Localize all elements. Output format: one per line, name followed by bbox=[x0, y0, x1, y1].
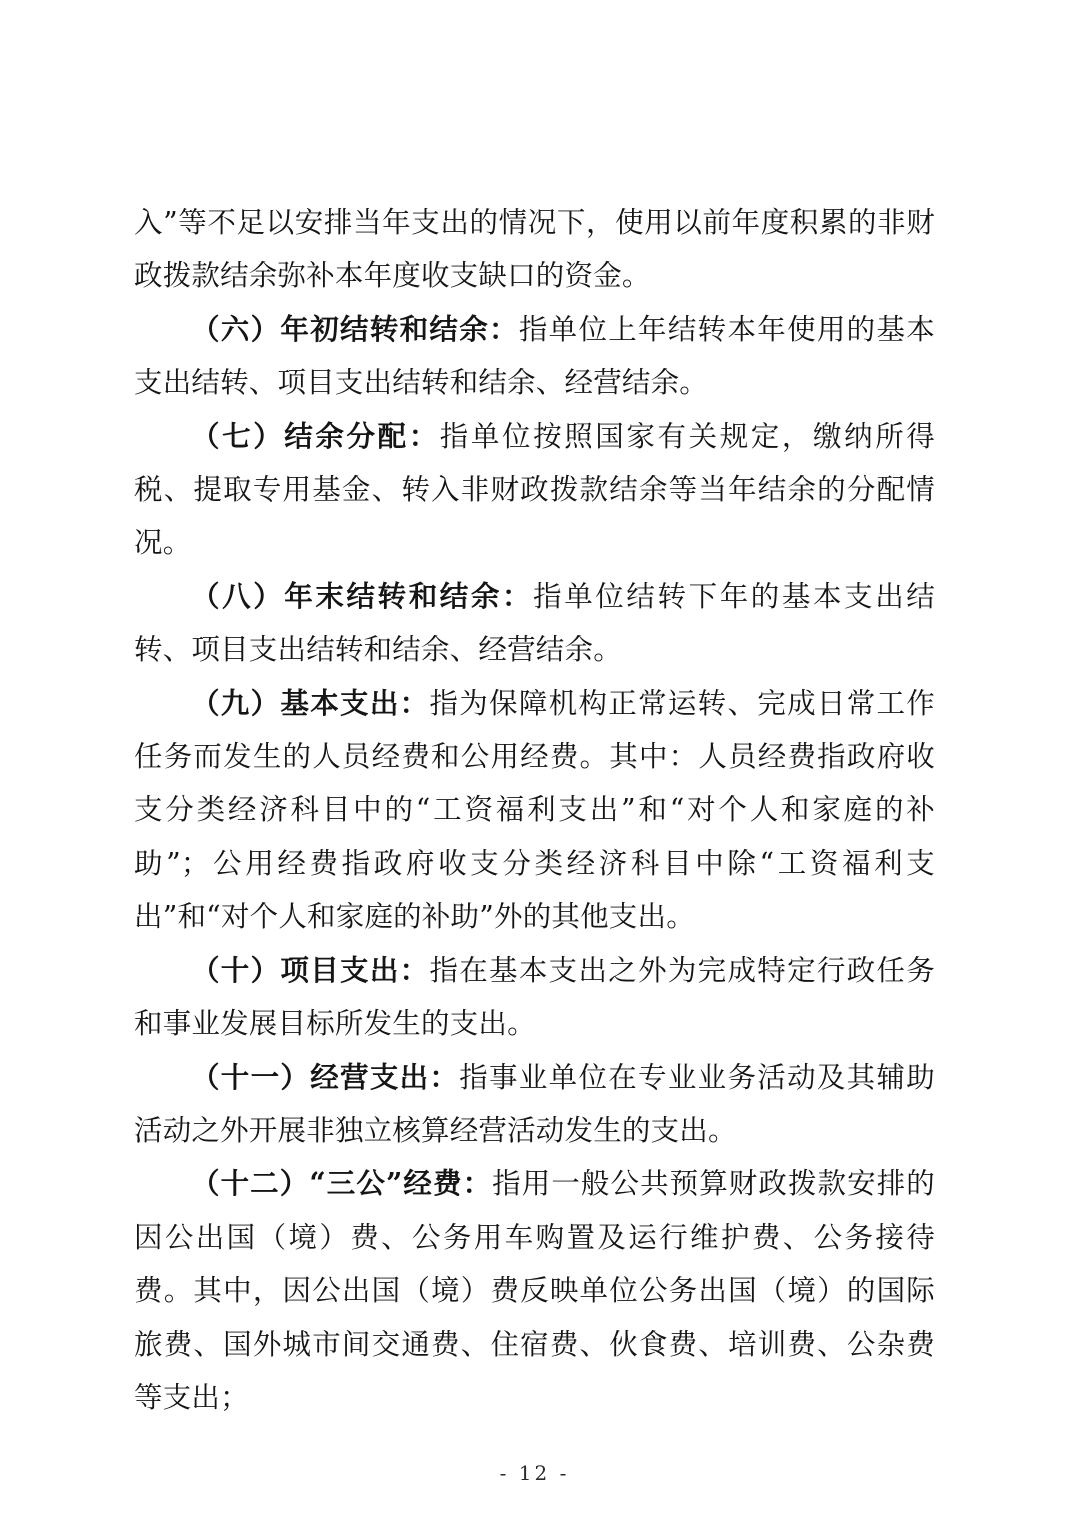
document-page: 入”等不足以安排当年支出的情况下，使用以前年度积累的非财政拨款结余弥补本年度收支… bbox=[0, 0, 1069, 1515]
paragraph-item-8: （八）年末结转和结余：指单位结转下年的基本支出结转、项目支出结转和结余、经营结余… bbox=[134, 570, 935, 677]
paragraph-lead: （十）项目支出： bbox=[191, 953, 429, 987]
document-body: 入”等不足以安排当年支出的情况下，使用以前年度积累的非财政拨款结余弥补本年度收支… bbox=[134, 196, 935, 1424]
paragraph-continuation: 入”等不足以安排当年支出的情况下，使用以前年度积累的非财政拨款结余弥补本年度收支… bbox=[134, 196, 935, 303]
paragraph-item-6: （六）年初结转和结余：指单位上年结转本年使用的基本支出结转、项目支出结转和结余、… bbox=[134, 303, 935, 410]
paragraph-text: 指用一般公共预算财政拨款安排的因公出国（境）费、公务用车购置及运行维护费、公务接… bbox=[134, 1167, 935, 1414]
paragraph-lead: （十一）经营支出： bbox=[191, 1060, 459, 1094]
paragraph-lead: （九）基本支出： bbox=[191, 686, 429, 720]
paragraph-item-11: （十一）经营支出：指事业单位在专业业务活动及其辅助活动之外开展非独立核算经营活动… bbox=[134, 1051, 935, 1158]
paragraph-lead: （七）结余分配： bbox=[191, 419, 440, 453]
paragraph-item-10: （十）项目支出：指在基本支出之外为完成特定行政任务和事业发展目标所发生的支出。 bbox=[134, 944, 935, 1051]
paragraph-item-9: （九）基本支出：指为保障机构正常运转、完成日常工作任务而发生的人员经费和公用经费… bbox=[134, 677, 935, 944]
paragraph-text: 入”等不足以安排当年支出的情况下，使用以前年度积累的非财政拨款结余弥补本年度收支… bbox=[134, 206, 935, 292]
paragraph-lead: （六）年初结转和结余： bbox=[191, 312, 519, 346]
paragraph-lead: （十二）“三公”经费： bbox=[191, 1166, 492, 1200]
paragraph-item-12: （十二）“三公”经费：指用一般公共预算财政拨款安排的因公出国（境）费、公务用车购… bbox=[134, 1157, 935, 1424]
paragraph-lead: （八）年末结转和结余： bbox=[191, 579, 533, 613]
paragraph-text: 指为保障机构正常运转、完成日常工作任务而发生的人员经费和公用经费。其中：人员经费… bbox=[134, 687, 935, 934]
paragraph-item-7: （七）结余分配：指单位按照国家有关规定，缴纳所得税、提取专用基金、转入非财政拨款… bbox=[134, 410, 935, 570]
page-number: - 12 - bbox=[0, 1460, 1069, 1486]
